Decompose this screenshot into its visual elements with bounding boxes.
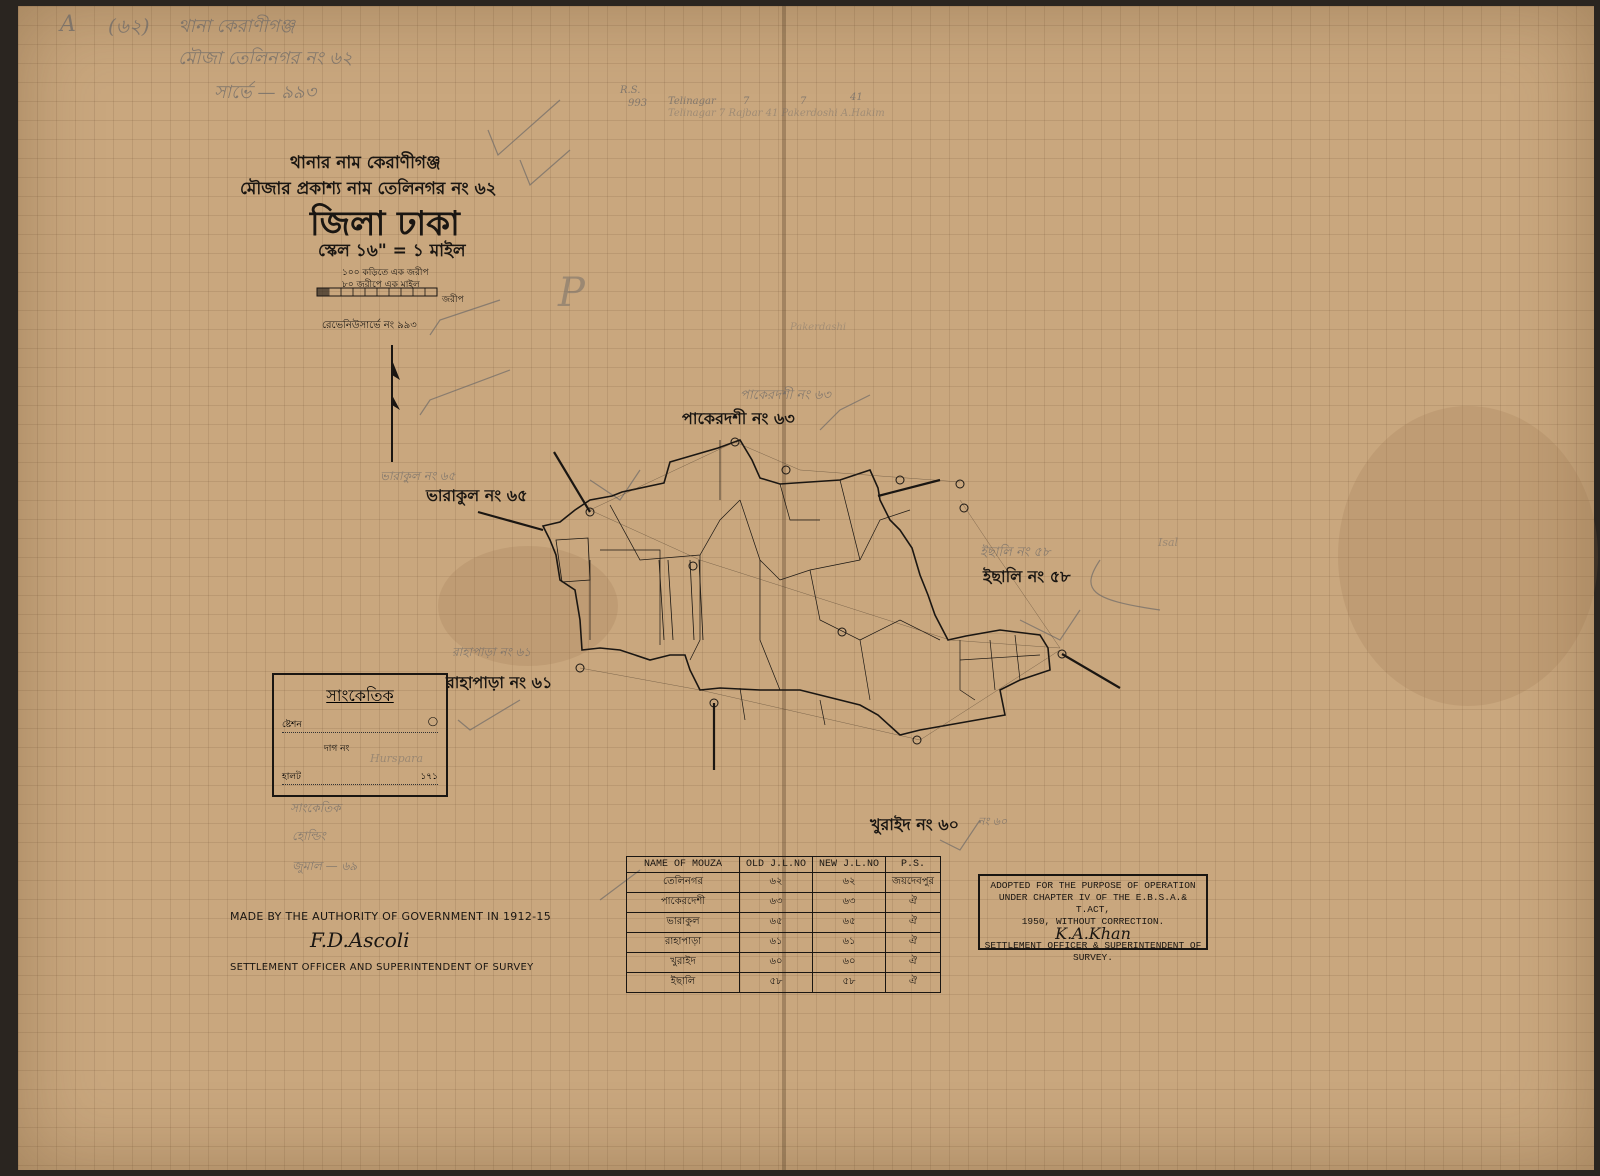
neighbour-west: ভারাকুল নং ৬৫: [426, 483, 527, 510]
table-cell: জয়দেবপুর: [886, 873, 941, 893]
neighbour-south: খুরাইদ নং ৬০: [870, 812, 959, 839]
table-cell: তেলিনগর: [627, 873, 740, 893]
mouza-boundary: [543, 440, 1050, 735]
table-cell: ৬১: [740, 933, 813, 953]
legend-label: দাগ নং: [324, 744, 349, 754]
table-cell: ৫৮: [740, 973, 813, 993]
legend-row-road: হালট ১৭১: [282, 769, 438, 785]
adoption-signature: K.A.Khan: [980, 928, 1206, 940]
settlement-officer: SETTLEMENT OFFICER AND SUPERINTENDENT OF…: [230, 962, 534, 973]
table-row: রাহাপাড়া ৬১ ৬১ ঐ: [627, 933, 941, 953]
table-header: NAME OF MOUZA: [627, 857, 740, 873]
table-cell: ৬০: [740, 953, 813, 973]
table-cell: ৬৫: [740, 913, 813, 933]
mouza-table: NAME OF MOUZA OLD J.L.NO NEW J.L.NO P.S.…: [626, 856, 941, 993]
table-cell: ভারাকুল: [627, 913, 740, 933]
table-header: P.S.: [886, 857, 941, 873]
table-row: ভারাকুল ৬৫ ৬৫ ঐ: [627, 913, 941, 933]
legend-value: ১৭১: [420, 769, 438, 784]
adoption-line: UNDER CHAPTER IV OF THE E.B.S.A.& T.ACT,: [980, 892, 1206, 916]
table-cell: ৬৩: [740, 893, 813, 913]
table-cell: ৬৩: [813, 893, 886, 913]
table-row: পাকেরদেশী ৬৩ ৬৩ ঐ: [627, 893, 941, 913]
table-cell: ৬০: [813, 953, 886, 973]
made-by-authority: MADE BY THE AUTHORITY OF GOVERNMENT IN 1…: [230, 910, 551, 923]
table-cell: রাহাপাড়া: [627, 933, 740, 953]
table-cell: ইছালি: [627, 973, 740, 993]
table-cell: ৬৫: [813, 913, 886, 933]
legend-row-plot: দাগ নং: [324, 741, 438, 756]
table-cell: ৬২: [813, 873, 886, 893]
station-icon: ◯: [428, 717, 438, 727]
legend-label: ষ্টেশন: [282, 720, 302, 730]
neighbour-east: ইছালি নং ৫৮: [983, 564, 1071, 591]
legend-row-station: ষ্টেশন ◯: [282, 717, 438, 733]
table-cell: ৬২: [740, 873, 813, 893]
neighbour-north: পাকেরদশী নং ৬৩: [682, 406, 795, 433]
officer-signature: F.D.Ascoli: [310, 928, 410, 952]
neighbour-southwest: রাহাপাড়া নং ৬১: [446, 670, 552, 697]
table-row: তেলিনগর ৬২ ৬২ জয়দেবপুর: [627, 873, 941, 893]
adoption-stamp: ADOPTED FOR THE PURPOSE OF OPERATION UND…: [978, 874, 1208, 950]
table-cell: ঐ: [886, 913, 941, 933]
north-arrow-icon: [392, 345, 400, 462]
legend-box: সাংকেতিক ষ্টেশন ◯ দাগ নং হালট ১৭১: [272, 673, 448, 797]
mouza-map: [0, 0, 1600, 1176]
pencil-checkmarks: [420, 100, 1160, 900]
table-cell: ঐ: [886, 973, 941, 993]
boundary-pillars: [576, 438, 1066, 744]
adoption-line: ADOPTED FOR THE PURPOSE OF OPERATION: [980, 880, 1206, 892]
legend-title: সাংকেতিক: [274, 683, 446, 710]
adoption-line: SETTLEMENT OFFICER & SUPERINTENDENT OF: [980, 940, 1206, 952]
table-cell: খুরাইদ: [627, 953, 740, 973]
table-header-row: NAME OF MOUZA OLD J.L.NO NEW J.L.NO P.S.: [627, 857, 941, 873]
table-header: NEW J.L.NO: [813, 857, 886, 873]
table-cell: ৫৮: [813, 973, 886, 993]
table-row: খুরাইদ ৬০ ৬০ ঐ: [627, 953, 941, 973]
table-header: OLD J.L.NO: [740, 857, 813, 873]
scale-bar: [317, 288, 437, 296]
table-row: ইছালি ৫৮ ৫৮ ঐ: [627, 973, 941, 993]
adoption-line: SURVEY.: [980, 952, 1206, 964]
table-cell: ঐ: [886, 933, 941, 953]
table-cell: পাকেরদেশী: [627, 893, 740, 913]
table-cell: ৬১: [813, 933, 886, 953]
table-cell: ঐ: [886, 953, 941, 973]
trijunction-lines: [478, 452, 1120, 770]
table-cell: ঐ: [886, 893, 941, 913]
legend-label: হালট: [282, 772, 301, 782]
